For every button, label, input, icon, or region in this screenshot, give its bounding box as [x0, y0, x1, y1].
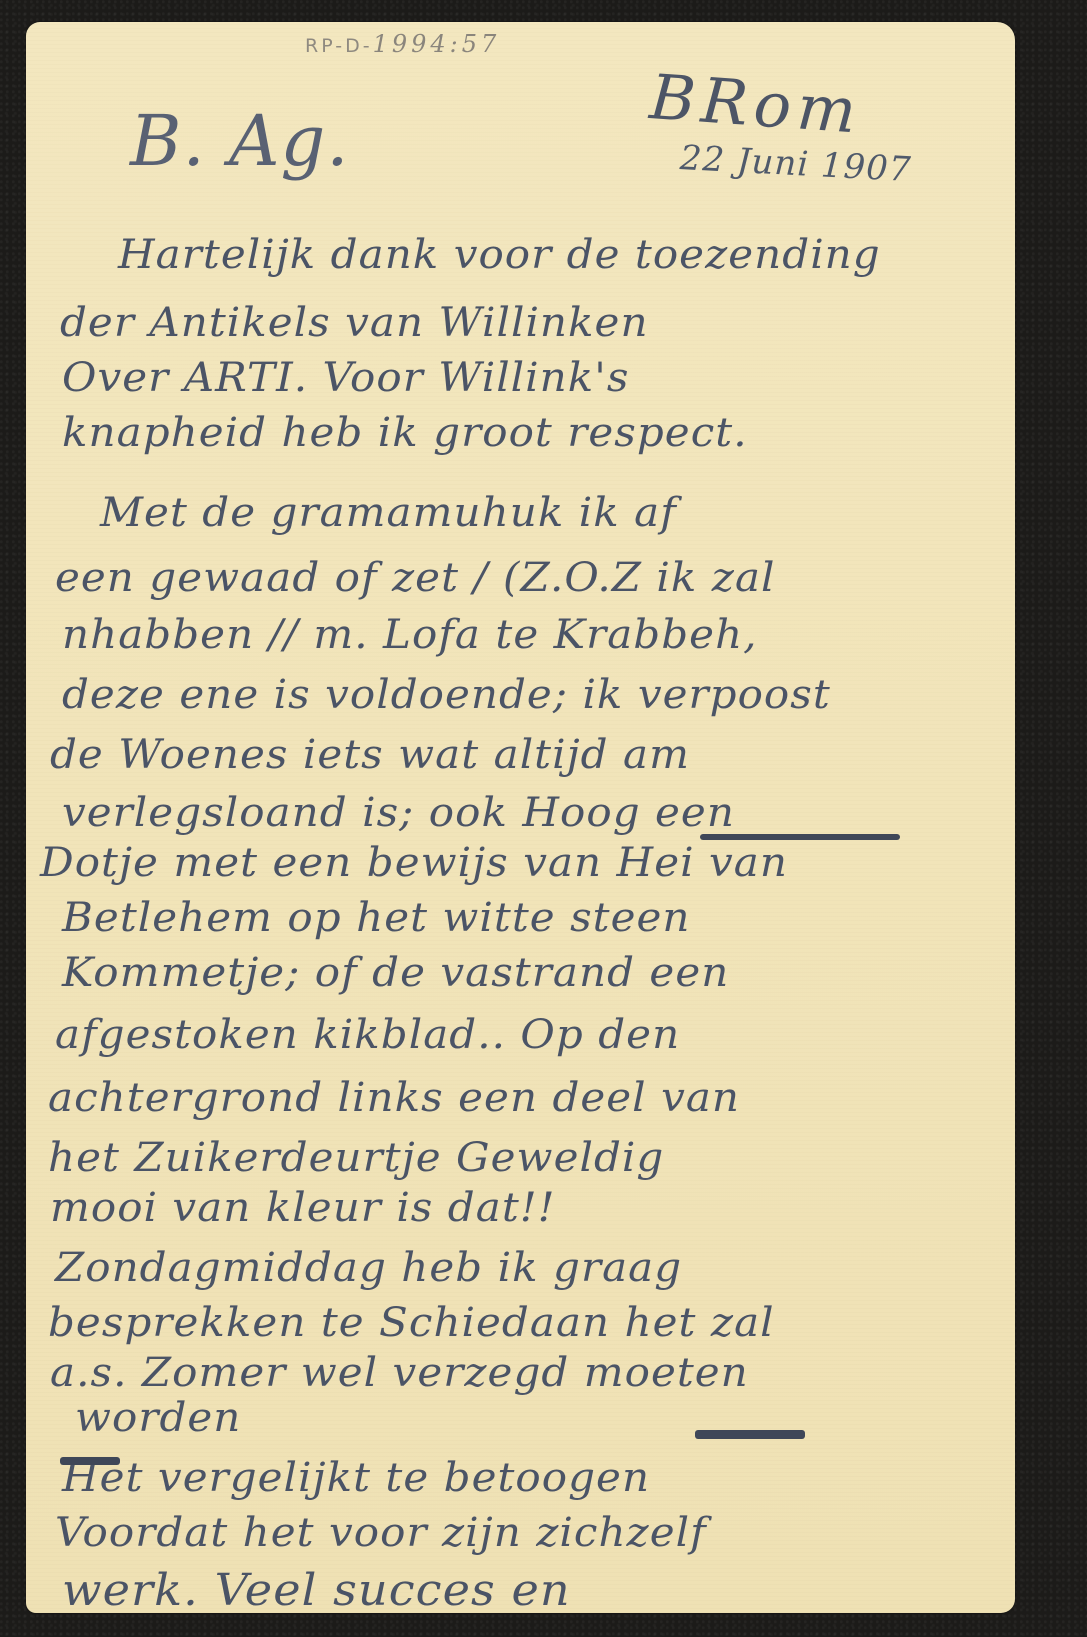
letter-line: de Woenes iets wat altijd am	[50, 732, 690, 778]
archive-reference-prefix: RP-D-	[305, 35, 373, 57]
letter-line: Over ARTI. Voor Willink's	[62, 355, 629, 401]
letter-line: een gewaad of zet / (Z.O.Z ik zal	[55, 555, 776, 601]
letter-line: verlegsloand is; ook Hoog een	[62, 790, 735, 836]
letter-line: Met de gramamuhuk ik af	[100, 490, 677, 536]
letter-line: deze ene is voldoende; ik verpoost	[62, 672, 831, 718]
letter-closing-line: werk. Veel succes en	[62, 1565, 571, 1616]
letter-line: mooi van kleur is dat!!	[50, 1185, 556, 1231]
letter-line: knapheid heb ik groot respect.	[62, 410, 748, 456]
letter-line: Zondagmiddag heb ik graag	[55, 1245, 682, 1291]
letter-line: a.s. Zomer wel verzegd moeten	[50, 1350, 749, 1396]
letter-line: nhabben // m. Lofa te Krabbeh,	[62, 612, 758, 658]
letter-line: afgestoken kikblad.. Op den	[55, 1012, 680, 1058]
ink-stroke	[695, 1430, 805, 1439]
letter-line: Hartelijk dank voor de toezending	[118, 232, 881, 278]
ink-stroke	[700, 834, 900, 840]
letter-line: Kommetje; of de vastrand een	[62, 950, 729, 996]
letter-line: besprekken te Schiedaan het zal	[48, 1300, 775, 1346]
letter-line: der Antikels van Willinken	[60, 300, 649, 346]
archive-reference-number: 1994:57	[373, 30, 501, 58]
letter-line: Het vergelijkt te betoogen	[62, 1455, 650, 1501]
letter-line: worden	[75, 1395, 241, 1441]
ink-stroke	[60, 1457, 120, 1465]
letter-salutation: B. Ag.	[130, 100, 350, 182]
letter-place: BRom	[647, 60, 864, 148]
letter-line: Betlehem op het witte steen	[62, 895, 691, 941]
letter-line: het Zuikerdeurtje Geweldig	[48, 1135, 664, 1181]
letter-line: Dotje met een bewijs van Hei van	[40, 840, 788, 886]
archive-reference: RP-D-1994:57	[305, 30, 500, 58]
letter-line: Voordat het voor zijn zichzelf	[55, 1510, 707, 1556]
letter-line: achtergrond links een deel van	[48, 1075, 740, 1121]
